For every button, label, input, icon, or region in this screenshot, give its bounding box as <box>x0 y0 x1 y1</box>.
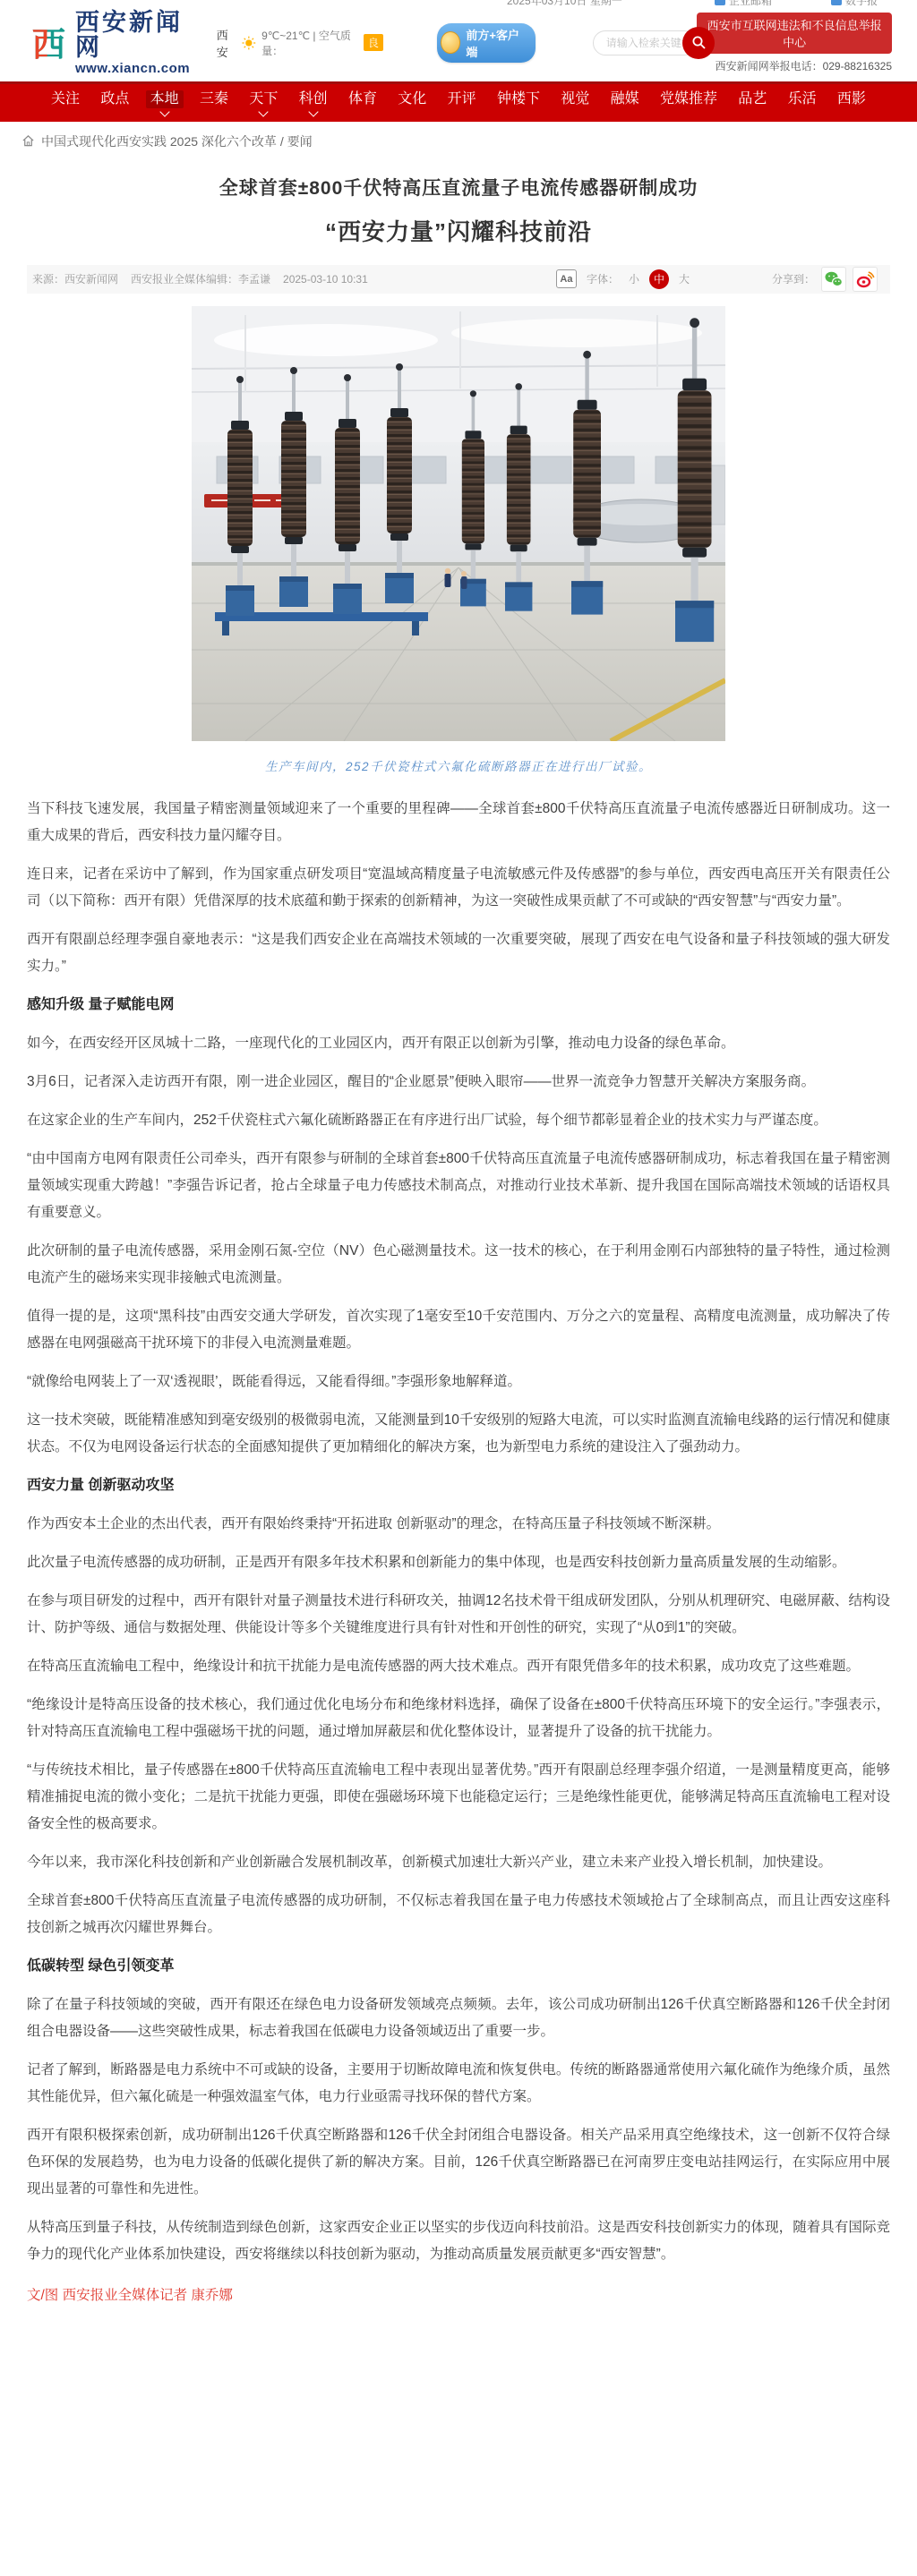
header-right: 西安市互联网违法和不良信息举报中心 西安新闻网举报电话：029-88216325 <box>697 13 892 73</box>
magnifier-icon <box>691 35 707 50</box>
topbar-link-epaper[interactable]: 数字报 <box>831 0 878 7</box>
logo-mark-icon: 西 西 <box>30 22 67 64</box>
article-paragraph: 当下科技飞速发展，我国量子精密测量领域迎来了一个重要的里程碑——全球首套±800… <box>27 796 890 849</box>
share-bar: 分享到： <box>772 267 878 292</box>
article-paragraph: 在特高压直流输电工程中，绝缘设计和抗干扰能力是电流传感器的两大技术难点。西开有限… <box>27 1653 890 1680</box>
search-input[interactable] <box>593 30 697 55</box>
font-size-control: Aa 字体： 小 中 大 <box>556 269 690 289</box>
article-paragraph: 作为西安本土企业的杰出代表，西开有限始终秉持“开拓进取 创新驱动”的理念，在特高… <box>27 1511 890 1538</box>
weather-widget: 西安 9℃~21℃ | 空气质量： 良 <box>217 26 383 60</box>
nav-item-党媒推荐[interactable]: 党媒推荐 <box>656 90 722 119</box>
article-body: 当下科技飞速发展，我国量子精密测量领域迎来了一个重要的里程碑——全球首套±800… <box>27 796 890 2268</box>
meta-time: 2025-03-10 10:31 <box>283 273 368 286</box>
font-size-label: 字体： <box>587 271 619 286</box>
page-title-line2: “西安力量”闪耀科技前沿 <box>36 214 881 247</box>
nav-item-文化[interactable]: 文化 <box>393 90 431 119</box>
article-paragraph: 连日来，记者在采访中了解到，作为国家重点研发项目“宽温域高精度量子电流敏感元件及… <box>27 861 890 915</box>
article-paragraph: 从特高压到量子科技，从传统制造到绿色创新，这家西安企业正以坚实的步伐迈向科技前沿… <box>27 2214 890 2268</box>
photo-caption: 生产车间内，252千伏瓷柱式六氟化硫断路器正在进行出厂试验。 <box>192 756 725 774</box>
article-paragraph: 此次研制的量子电流传感器，采用金刚石氮-空位（NV）色心磁测量技术。这一技术的核… <box>27 1238 890 1292</box>
nav-item-政点[interactable]: 政点 <box>96 90 133 119</box>
article-paragraph: 这一技术突破，既能精准感知到毫安级别的极微弱电流，又能测量到10千安级别的短路大… <box>27 1407 890 1461</box>
site-header: 西 西 西安新闻网 www.xiancn.com 西安 9℃~21℃ | 空气质… <box>0 7 917 81</box>
article-paragraph: 此次量子电流传感器的成功研制，正是西开有限多年技术积累和创新能力的集中体现，也是… <box>27 1549 890 1576</box>
app-client-label: 前方+客户端 <box>466 26 523 60</box>
article-paragraph: 值得一提的是，这项“黑科技”由西安交通大学研发，首次实现了1毫安至10千安范围内… <box>27 1303 890 1357</box>
share-label: 分享到： <box>772 271 815 286</box>
article-paragraph: 西开有限积极探索创新，成功研制出126千伏真空断路器和126千伏全封闭组合电器设… <box>27 2122 890 2203</box>
weather-city: 西安 <box>217 26 237 60</box>
nav-item-乐活[interactable]: 乐活 <box>784 90 821 119</box>
article-paragraph: 在这家企业的生产车间内，252千伏瓷柱式六氟化硫断路器正在有序进行出厂试验，每个… <box>27 1107 890 1134</box>
article-paragraph: 记者了解到，断路器是电力系统中不可或缺的设备，主要用于切断故障电流和恢复供电。传… <box>27 2057 890 2111</box>
epaper-icon <box>831 0 842 5</box>
page-title-line1: 全球首套±800千伏特高压直流量子电流传感器研制成功 <box>36 174 881 200</box>
topbar-date: 2025年03月10日 星期一 <box>507 0 622 7</box>
wechat-share-button[interactable] <box>821 267 846 292</box>
page: 2025年03月10日 星期一 企业邮箱 数字报 西 西 西安新闻网 www.x… <box>0 0 917 2576</box>
nav-item-天下[interactable]: 天下 <box>244 90 282 119</box>
font-small-button[interactable]: 小 <box>629 271 639 286</box>
wechat-icon <box>824 269 844 289</box>
breadcrumb[interactable]: 中国式现代化西安实践 2025 深化六个改革 / 要闻 <box>0 122 917 156</box>
meta-editor: 西安报业全媒体编辑：李孟谦 <box>131 271 270 286</box>
nav-item-融媒[interactable]: 融媒 <box>606 90 644 119</box>
article-figure: 生产车间内，252千伏瓷柱式六氟化硫断路器正在进行出厂试验。 <box>192 306 725 774</box>
breadcrumb-text: 中国式现代化西安实践 2025 深化六个改革 / 要闻 <box>41 132 313 150</box>
home-icon <box>21 134 35 148</box>
nav-item-本地[interactable]: 本地 <box>146 90 184 119</box>
site-logo[interactable]: 西 西 西安新闻网 www.xiancn.com <box>30 10 195 76</box>
chevron-down-icon <box>159 107 169 117</box>
article-meta-bar: 来源：西安新闻网 西安报业全媒体编辑：李孟谦 2025-03-10 10:31 … <box>27 265 890 294</box>
article-paragraph: “就像给电网装上了一双‘透视眼’，既能看得远，又能看得细。”李强形象地解释道。 <box>27 1369 890 1395</box>
article-paragraph: 3月6日，记者深入走访西开有限，刚一进企业园区，醒目的“企业愿景”便映入眼帘——… <box>27 1069 890 1096</box>
site-title: 西安新闻网 <box>75 10 195 61</box>
search-box <box>593 30 697 55</box>
top-utility-strip: 2025年03月10日 星期一 企业邮箱 数字报 <box>0 0 917 7</box>
article-paragraph: “与传统技术相比，量子传感器在±800千伏特高压直流输电工程中表现出显著优势。”… <box>27 1757 890 1838</box>
weibo-share-button[interactable] <box>853 267 878 292</box>
nav-item-关注[interactable]: 关注 <box>47 90 84 119</box>
app-client-badge[interactable]: 前方+客户端 <box>437 23 536 63</box>
article-credit: 文/图 西安报业全媒体记者 康乔娜 <box>27 2282 890 2309</box>
article-paragraph: 西开有限副总经理李强自豪地表示：“这是我们西安企业在高端技术领域的一次重要突破，… <box>27 926 890 980</box>
main-nav: 关注政点本地三秦天下科创体育文化开评钟楼下视觉融媒党媒推荐品艺乐活西影 <box>0 81 917 122</box>
chevron-down-icon <box>259 107 269 117</box>
mail-icon <box>715 0 725 5</box>
sun-icon <box>242 35 256 51</box>
article-paragraph: “绝缘设计是特高压设备的技术核心，我们通过优化电场分布和绝缘材料选择，确保了设备… <box>27 1692 890 1745</box>
article-paragraph: 全球首套±800千伏特高压直流量子电流传感器的成功研制，不仅标志着我国在量子电力… <box>27 1888 890 1941</box>
site-url: www.xiancn.com <box>75 61 195 76</box>
weibo-icon <box>855 269 875 289</box>
article-paragraph: 除了在量子科技领域的突破，西开有限还在绿色电力设备研发领域亮点频频。去年，该公司… <box>27 1992 890 2045</box>
section-heading: 感知升级 量子赋能电网 <box>27 992 890 1019</box>
meta-source: 来源：西安新闻网 <box>32 271 118 286</box>
font-large-button[interactable]: 大 <box>679 271 690 286</box>
font-size-icon: Aa <box>556 269 577 288</box>
nav-item-科创[interactable]: 科创 <box>295 90 332 119</box>
weather-temp-air: 9℃~21℃ | 空气质量： <box>261 28 358 58</box>
nav-item-钟楼下[interactable]: 钟楼下 <box>493 90 544 119</box>
article-paragraph: 在参与项目研发的过程中，西开有限针对量子测量技术进行科研攻关，抽调12名技术骨干… <box>27 1588 890 1642</box>
report-phone: 西安新闻网举报电话：029-88216325 <box>716 58 892 73</box>
panda-icon <box>441 31 460 54</box>
article-paragraph: 如今，在西安经开区凤城十二路，一座现代化的工业园区内，西开有限正以创新为引擎，推… <box>27 1030 890 1057</box>
article-paragraph: “由中国南方电网有限责任公司牵头，西开有限参与研制的全球首套±800千伏特高压直… <box>27 1146 890 1226</box>
section-heading: 低碳转型 绿色引领变革 <box>27 1953 890 1980</box>
nav-item-视觉[interactable]: 视觉 <box>556 90 594 119</box>
logo-text: 西安新闻网 www.xiancn.com <box>75 10 195 76</box>
air-quality-badge: 良 <box>364 34 383 51</box>
nav-item-三秦[interactable]: 三秦 <box>195 90 233 119</box>
article-photo <box>192 306 725 741</box>
section-heading: 西安力量 创新驱动攻坚 <box>27 1472 890 1499</box>
article-paragraph: 今年以来，我市深化科技创新和产业创新融合发展机制改革，创新模式加速壮大新兴产业，… <box>27 1849 890 1876</box>
nav-item-西影[interactable]: 西影 <box>833 90 870 119</box>
report-center-button[interactable]: 西安市互联网违法和不良信息举报中心 <box>697 13 892 54</box>
nav-item-体育[interactable]: 体育 <box>344 90 381 119</box>
chevron-down-icon <box>308 107 318 117</box>
topbar-link-mail[interactable]: 企业邮箱 <box>715 0 772 7</box>
bottom-space <box>0 2309 917 2350</box>
nav-item-品艺[interactable]: 品艺 <box>733 90 771 119</box>
search-button[interactable] <box>682 27 715 59</box>
font-medium-button[interactable]: 中 <box>649 269 669 289</box>
nav-item-开评[interactable]: 开评 <box>443 90 481 119</box>
